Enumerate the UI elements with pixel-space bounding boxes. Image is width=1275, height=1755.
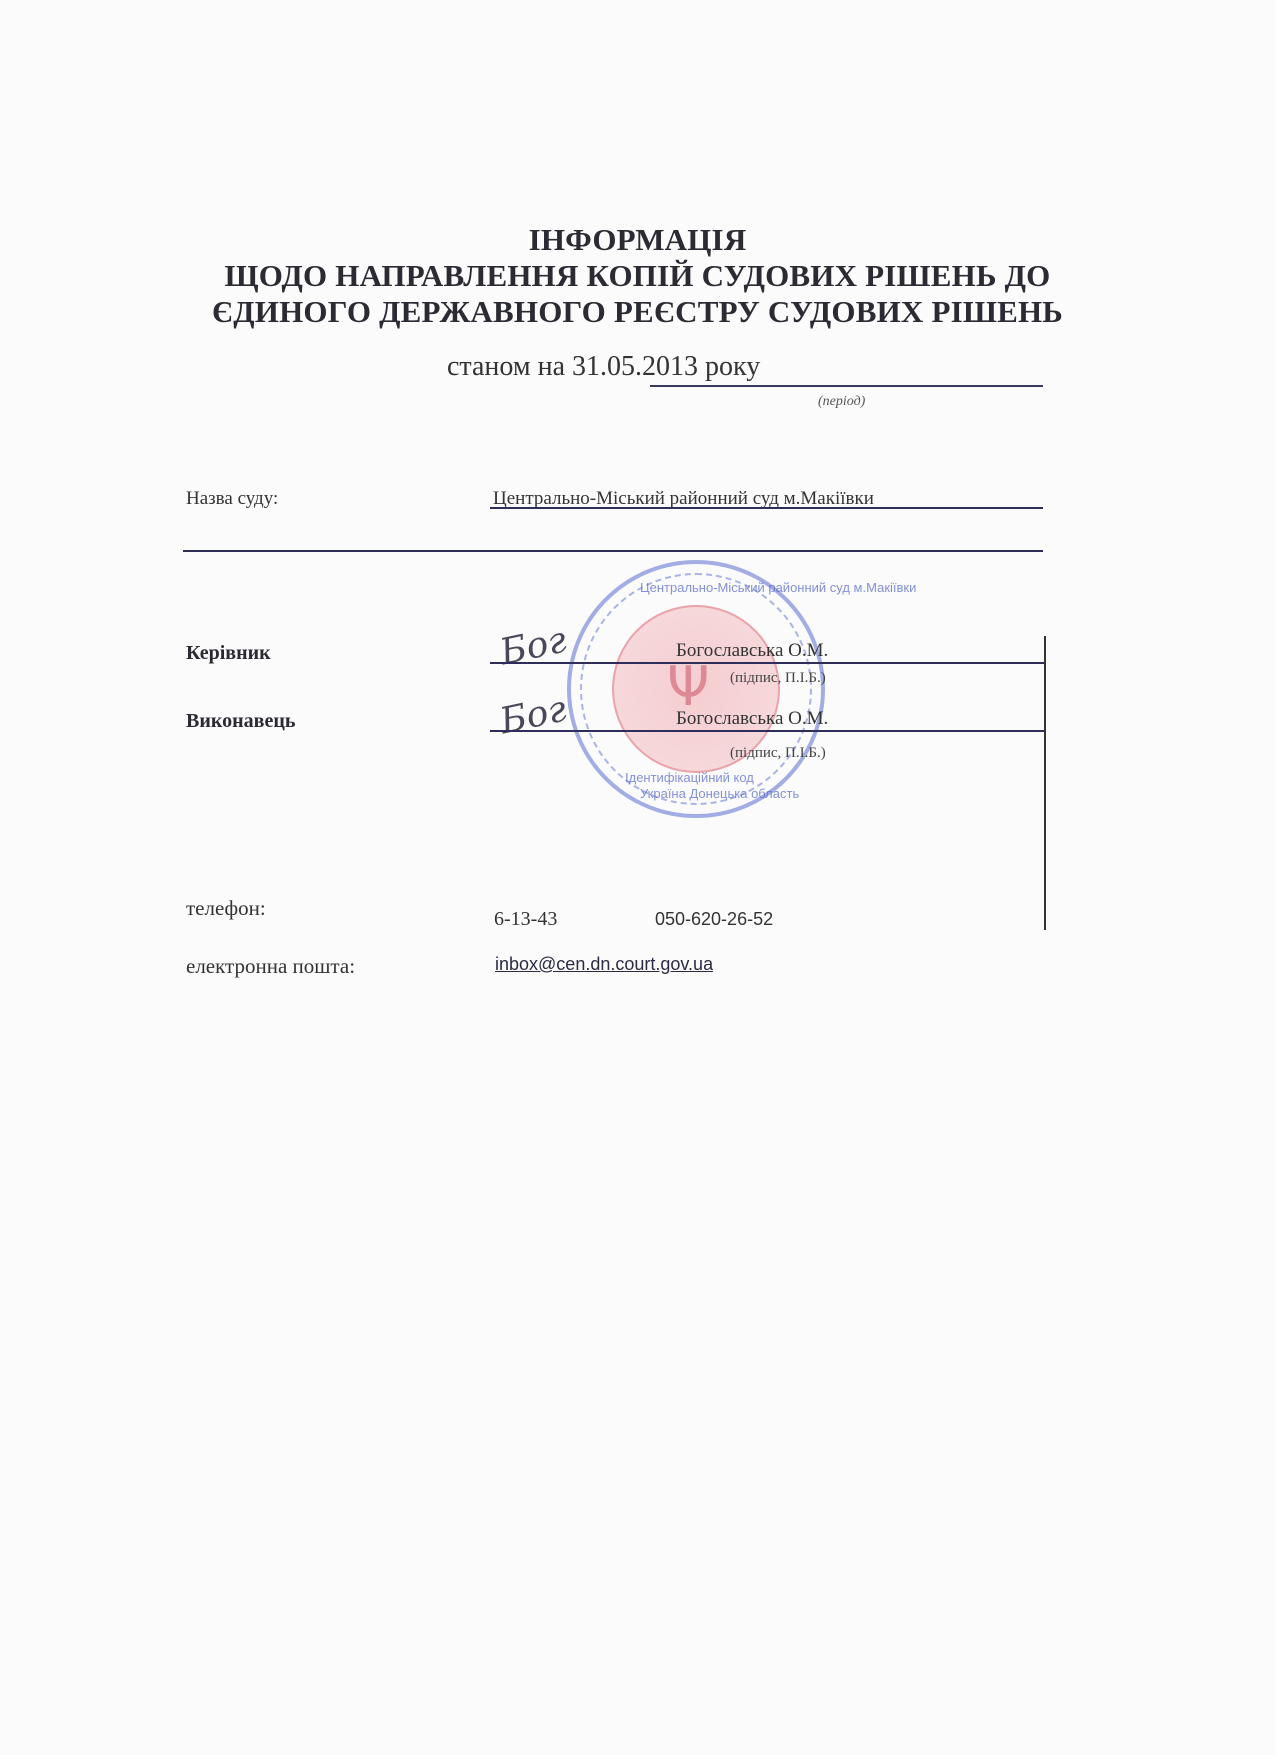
court-name-underline	[490, 507, 1043, 509]
email-label: електронна пошта:	[186, 954, 355, 979]
title-line-3: ЄДИНОГО ДЕРЖАВНОГО РЕЄСТРУ СУДОВИХ РІШЕН…	[0, 294, 1275, 330]
right-border-line	[1044, 636, 1046, 930]
period-underline	[650, 385, 1043, 387]
role-executor-label: Виконавець	[186, 710, 295, 733]
phone-label: телефон:	[186, 896, 266, 921]
phone-value-2: 050-620-26-52	[655, 909, 773, 930]
executor-name: Богославська О.М.	[676, 708, 828, 730]
manager-name: Богославська О.М.	[676, 640, 828, 662]
executor-signature-hint: (підпис, П.І.Б.)	[730, 745, 826, 762]
period-hint: (період)	[818, 394, 865, 410]
stamp-outer-text: Центрально-Міський районний суд м.Макіїв…	[640, 580, 916, 595]
manager-signature-hint: (підпис, П.І.Б.)	[730, 670, 826, 687]
stamp-bottom-text: Україна Донецька область	[640, 786, 799, 801]
executor-signature-line	[490, 730, 1044, 732]
court-name-label: Назва суду:	[186, 488, 278, 510]
stamp-code-text: Ідентифікаційний код	[625, 770, 754, 785]
phone-value-1: 6-13-43	[494, 908, 557, 931]
title-line-2: ЩОДО НАПРАВЛЕННЯ КОПІЙ СУДОВИХ РІШЕНЬ ДО	[0, 258, 1275, 294]
court-name-second-line	[183, 550, 1043, 552]
as-of-date: станом на 31.05.2013 року	[447, 351, 760, 383]
title-line-1: ІНФОРМАЦІЯ	[0, 222, 1275, 258]
role-manager-label: Керівник	[186, 642, 271, 665]
signature-manager: Бог	[496, 620, 569, 674]
signature-executor: Бог	[496, 689, 569, 743]
manager-signature-line	[490, 662, 1044, 664]
email-link[interactable]: inbox@cen.dn.court.gov.ua	[495, 954, 713, 975]
